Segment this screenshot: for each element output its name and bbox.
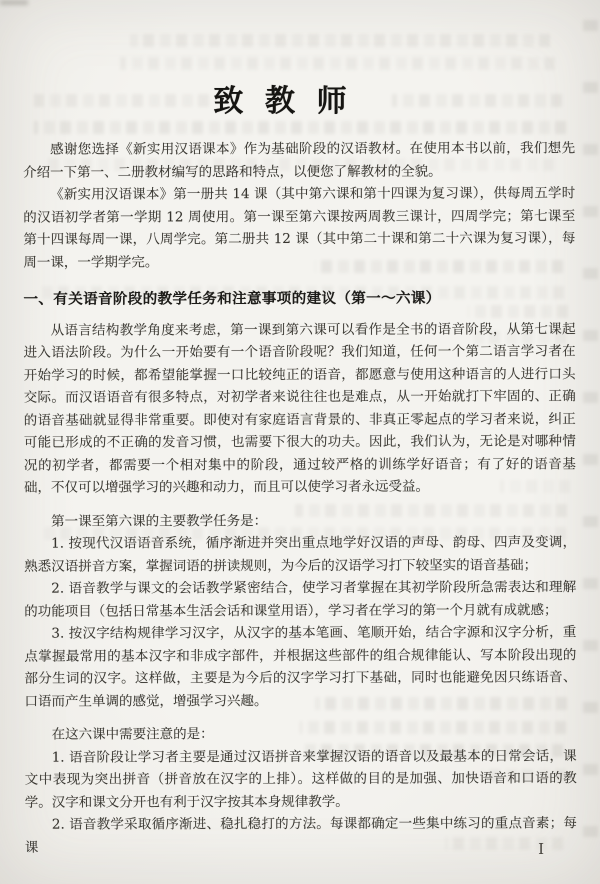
task-item-1: 1. 按现代汉语语音系统，循序渐进并突出重点地学好汉语的声母、韵母、四声及变调，… bbox=[24, 531, 576, 577]
page-number: I bbox=[538, 840, 544, 858]
notes-intro-line: 在这六课中需要注意的是： bbox=[25, 722, 577, 746]
tasks-intro-line: 第一课至第六课的主要教学任务是： bbox=[24, 509, 576, 533]
bleedthrough-margin-strip bbox=[583, 20, 598, 860]
scan-corner-smudge bbox=[0, 0, 28, 5]
bleedthrough-line bbox=[34, 121, 566, 134]
bleedthrough-line bbox=[120, 57, 555, 70]
intro-paragraph-2: 《新实用汉语课本》第一册共 14 课（其中第六课和第十四课为复习课），供每周五学… bbox=[23, 182, 575, 273]
note-item-1: 1. 语音阶段让学习者主要是通过汉语拼音来掌握汉语的语音以及最基本的日常会话，课… bbox=[25, 745, 577, 814]
page-title: 致教师 bbox=[0, 76, 560, 120]
scanned-document-page: 致教师 感谢您选择《新实用汉语课本》作为基础阶段的汉语教材。在使用本书以前，我们… bbox=[0, 0, 600, 884]
intro-paragraph-1: 感谢您选择《新实用汉语课本》作为基础阶段的汉语教材。在使用本书以前，我们想先介绍… bbox=[23, 137, 575, 183]
section-heading: 一、有关语音阶段的教学任务和注意事项的建议（第一～六课） bbox=[23, 287, 575, 311]
task-item-2: 2. 语音教学与课文的会话教学紧密结合，使学习者掌握在其初学阶段所急需表达和理解… bbox=[24, 576, 576, 622]
section-overview-paragraph: 从语言结构教学角度来考虑，第一课到第六课可以看作是全书的语音阶段，从第七课起进入… bbox=[24, 318, 576, 499]
note-item-2: 2. 语音教学采取循序渐进、稳扎稳打的方法。每课都确定一些集中练习的重点音素；每… bbox=[25, 812, 577, 858]
document-body: 感谢您选择《新实用汉语课本》作为基础阶段的汉语教材。在使用本书以前，我们想先介绍… bbox=[23, 137, 577, 858]
task-item-3: 3. 按汉字结构规律学习汉字，从汉字的基本笔画、笔顺开始，结合字源和汉字分析，重… bbox=[24, 621, 576, 712]
bleedthrough-line bbox=[130, 34, 550, 47]
